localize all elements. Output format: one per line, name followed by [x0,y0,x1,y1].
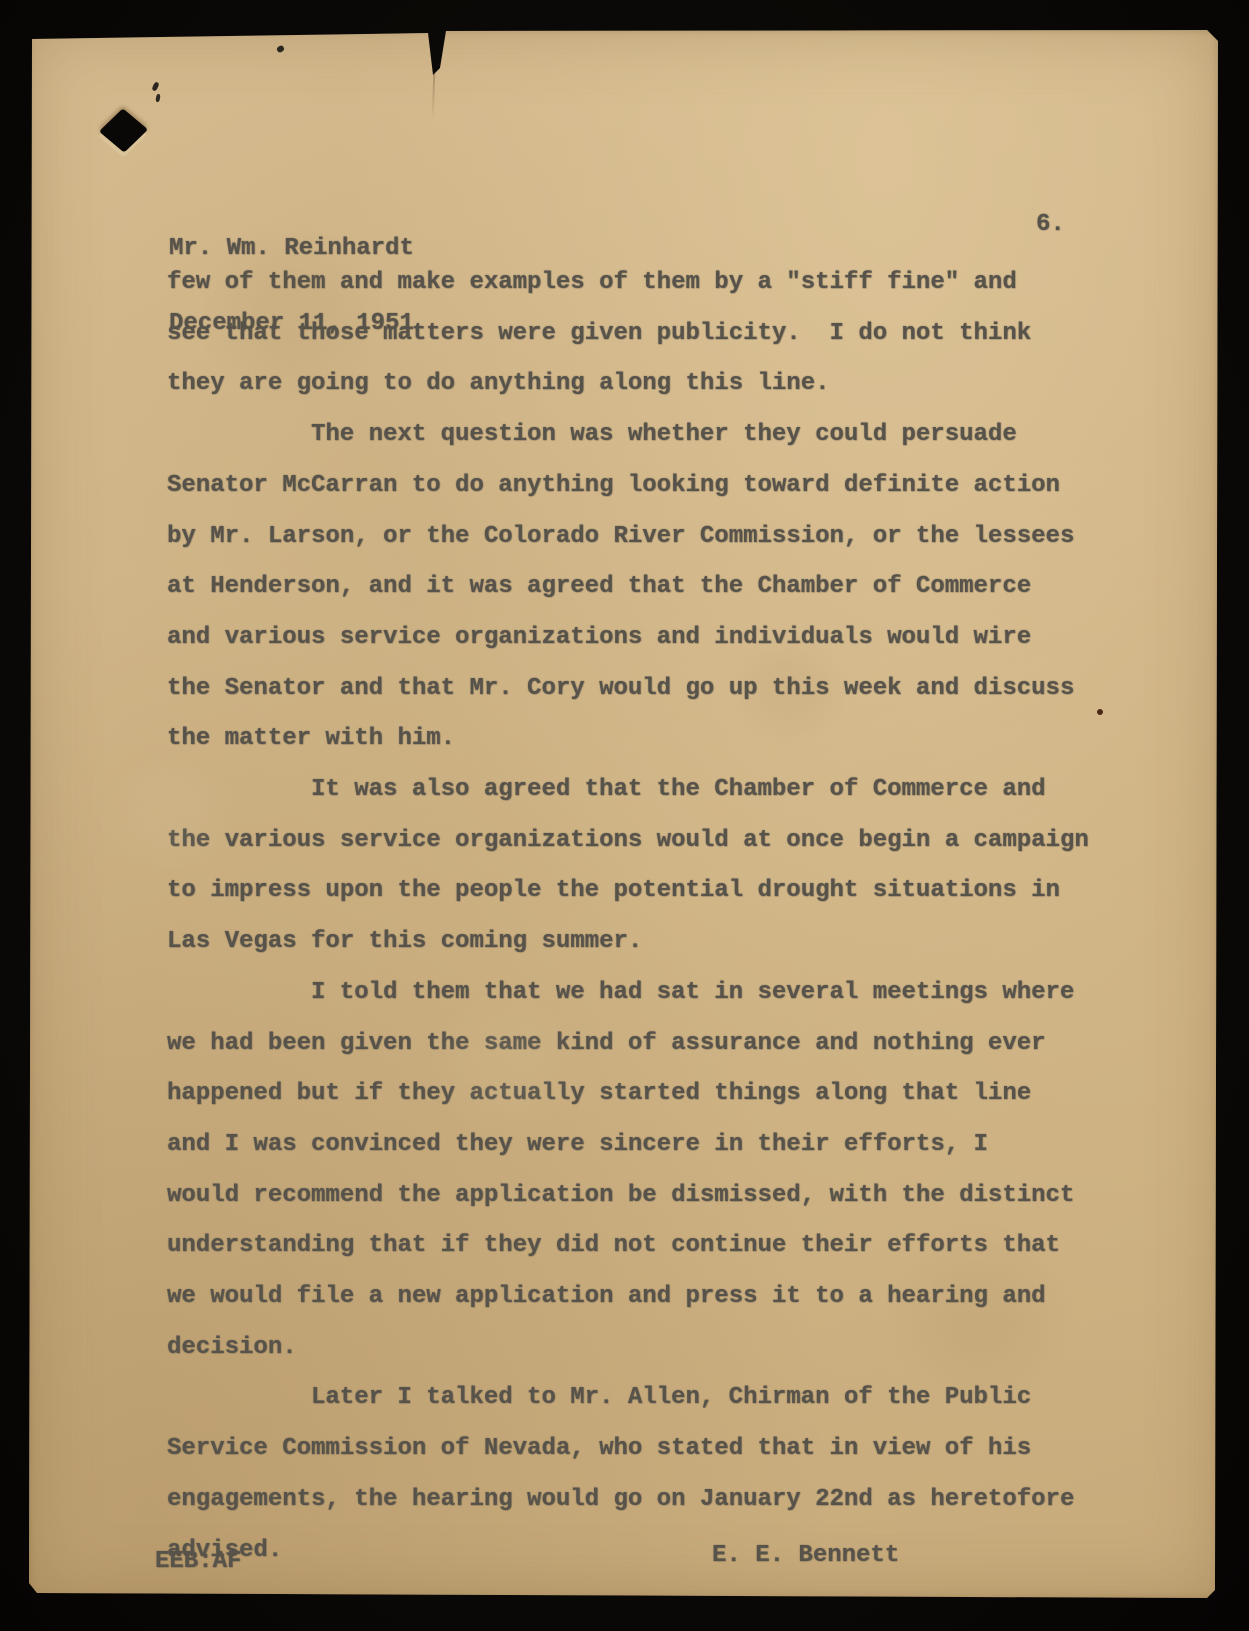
paper-tear [432,42,437,120]
punch-hole [99,108,148,152]
paragraph: I told them that we had sat in several m… [167,968,1127,1374]
ink-speck [151,81,159,91]
typed-line: The next question was whether they could… [167,410,1127,461]
paragraph: The next question was whether they could… [167,410,1127,765]
typed-line: few of them and make examples of them by… [167,258,1127,309]
typed-line: happened but if they actually started th… [167,1069,1127,1120]
typed-line: by Mr. Larson, or the Colorado River Com… [167,512,1127,563]
typed-line: Senator McCarran to do anything looking … [167,461,1127,512]
signature: E. E. Bennett [712,1542,899,1569]
typed-line: see that those matters were given public… [167,309,1127,360]
paragraph: It was also agreed that the Chamber of C… [167,765,1127,968]
typed-line: they are going to do anything along this… [167,359,1127,410]
typed-line: we had been given the same kind of assur… [167,1019,1127,1070]
typed-line: Later I talked to Mr. Allen, Chirman of … [167,1373,1127,1424]
typed-line: engagements, the hearing would go on Jan… [167,1475,1127,1526]
typed-line: we would file a new application and pres… [167,1272,1127,1323]
typed-line: I told them that we had sat in several m… [167,968,1127,1019]
ink-speck [276,45,285,54]
typed-line: and I was convinced they were sincere in… [167,1120,1127,1171]
typed-line: It was also agreed that the Chamber of C… [167,765,1127,816]
letter-page: Mr. Wm. Reinhardt December 11, 1951 6. f… [29,30,1218,1598]
paragraph: Later I talked to Mr. Allen, Chirman of … [167,1373,1127,1576]
typed-line: at Henderson, and it was agreed that the… [167,562,1127,613]
typed-line: Service Commission of Nevada, who stated… [167,1424,1127,1475]
paragraph: few of them and make examples of them by… [167,258,1127,410]
document-body: few of them and make examples of them by… [167,258,1127,1576]
typed-line: the matter with him. [167,714,1127,765]
typed-line: advised. [167,1526,1127,1577]
typed-line: and various service organizations and in… [167,613,1127,664]
scan-background: Mr. Wm. Reinhardt December 11, 1951 6. f… [0,0,1249,1631]
typed-line: the various service organizations would … [167,816,1127,867]
typed-line: to impress upon the people the potential… [167,866,1127,917]
typed-line: decision. [167,1323,1127,1374]
page-number: 6. [1036,211,1065,238]
typed-line: Las Vegas for this coming summer. [167,917,1127,968]
typed-line: the Senator and that Mr. Cory would go u… [167,664,1127,715]
ink-speck [155,94,160,103]
typed-line: would recommend the application be dismi… [167,1171,1127,1222]
typed-line: understanding that if they did not conti… [167,1221,1127,1272]
typist-initials: EEB:AF [155,1548,241,1575]
